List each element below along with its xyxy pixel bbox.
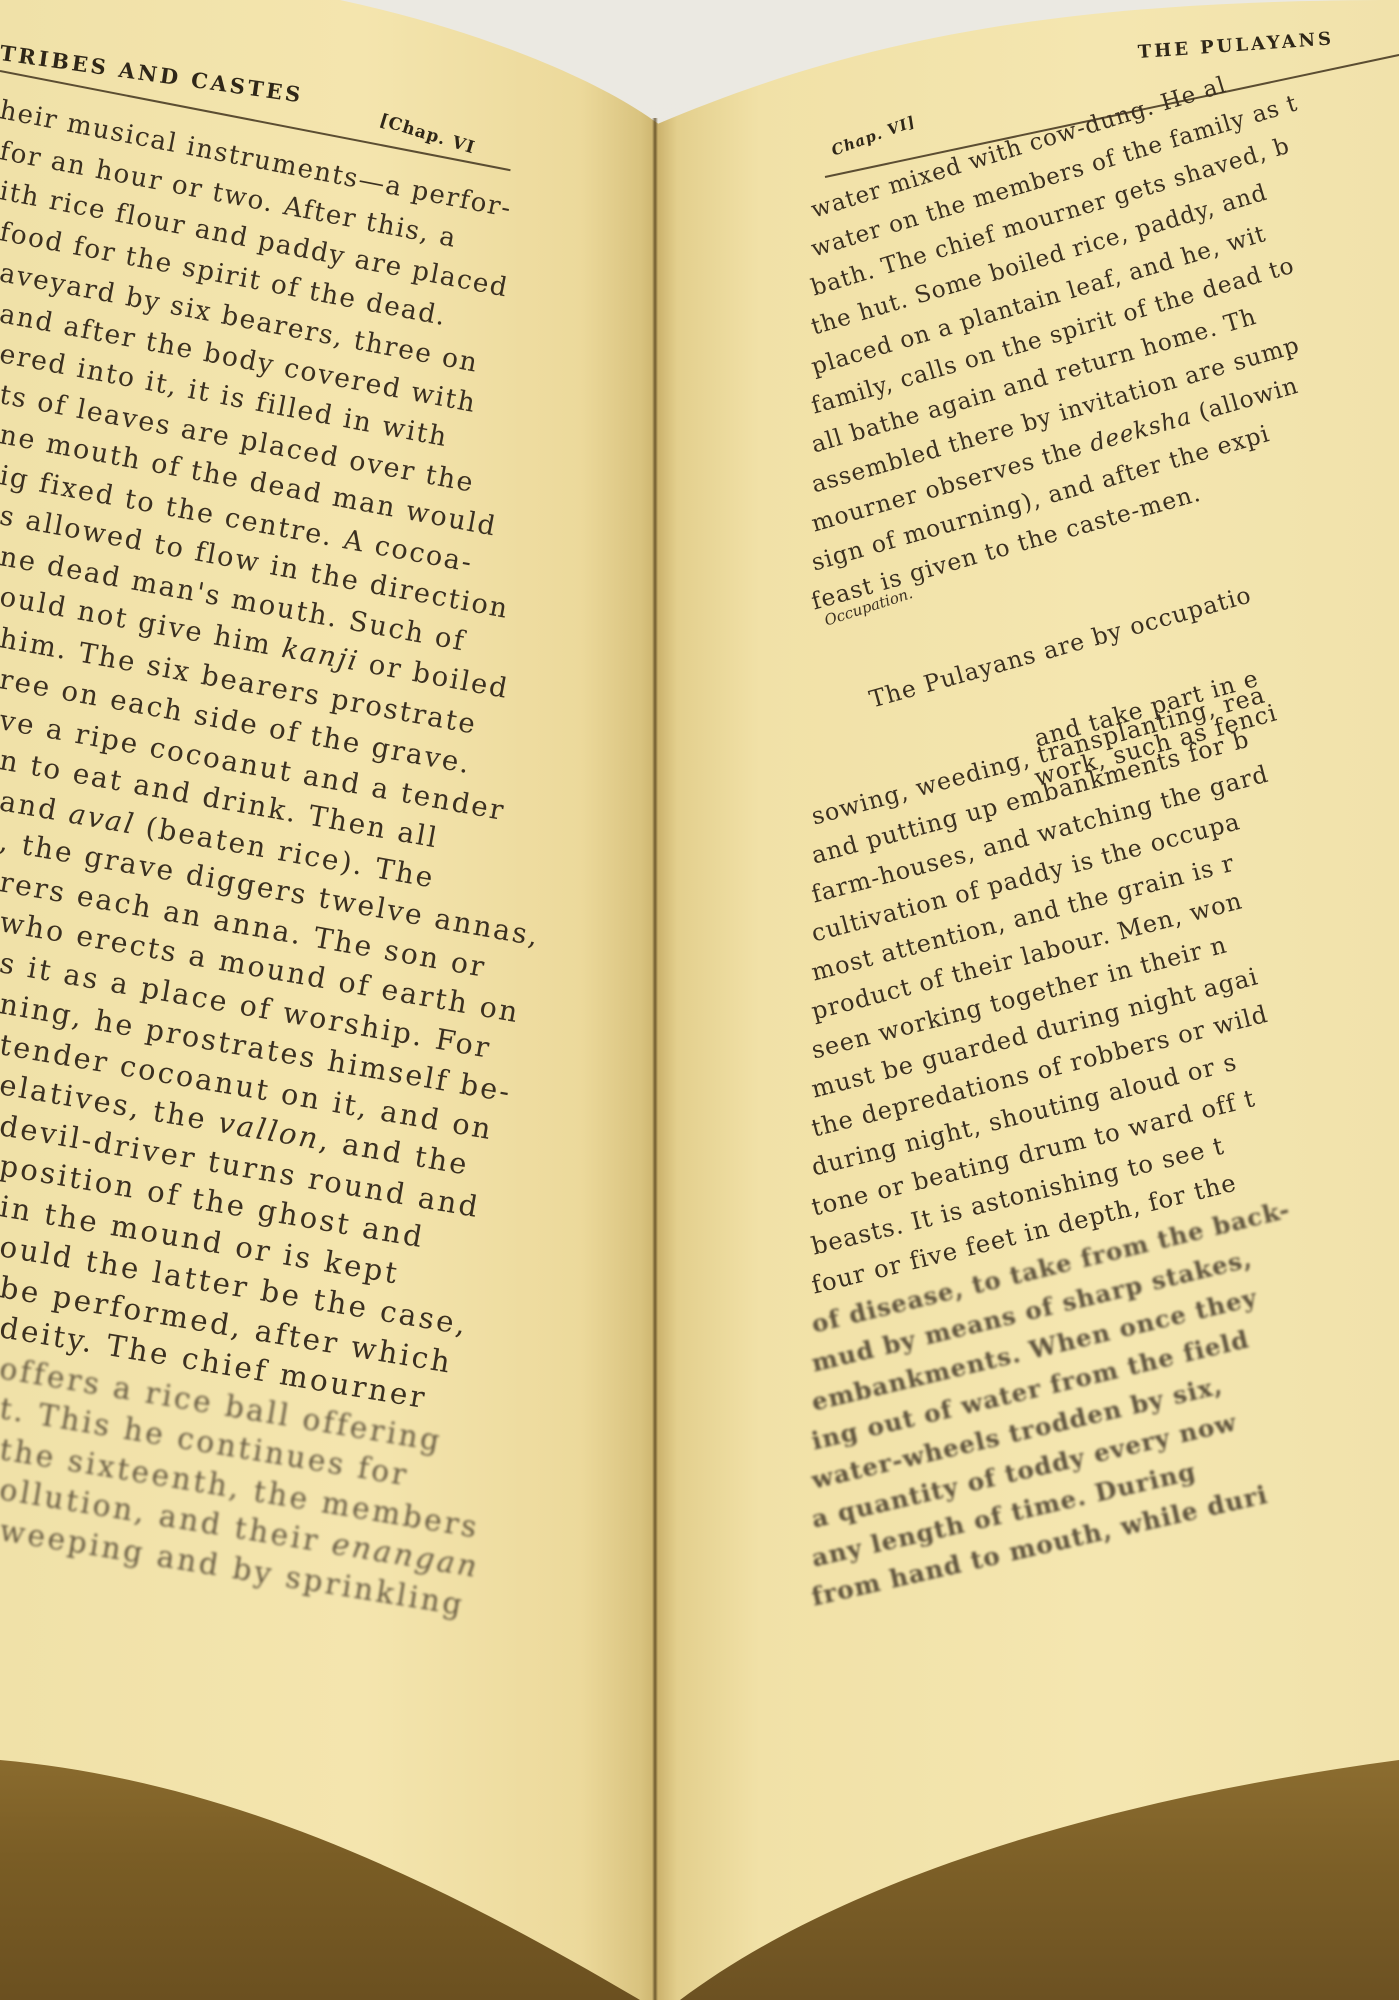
book-gutter: [652, 118, 658, 2000]
left-page: [0, 0, 660, 2000]
right-page: [655, 0, 1399, 2000]
